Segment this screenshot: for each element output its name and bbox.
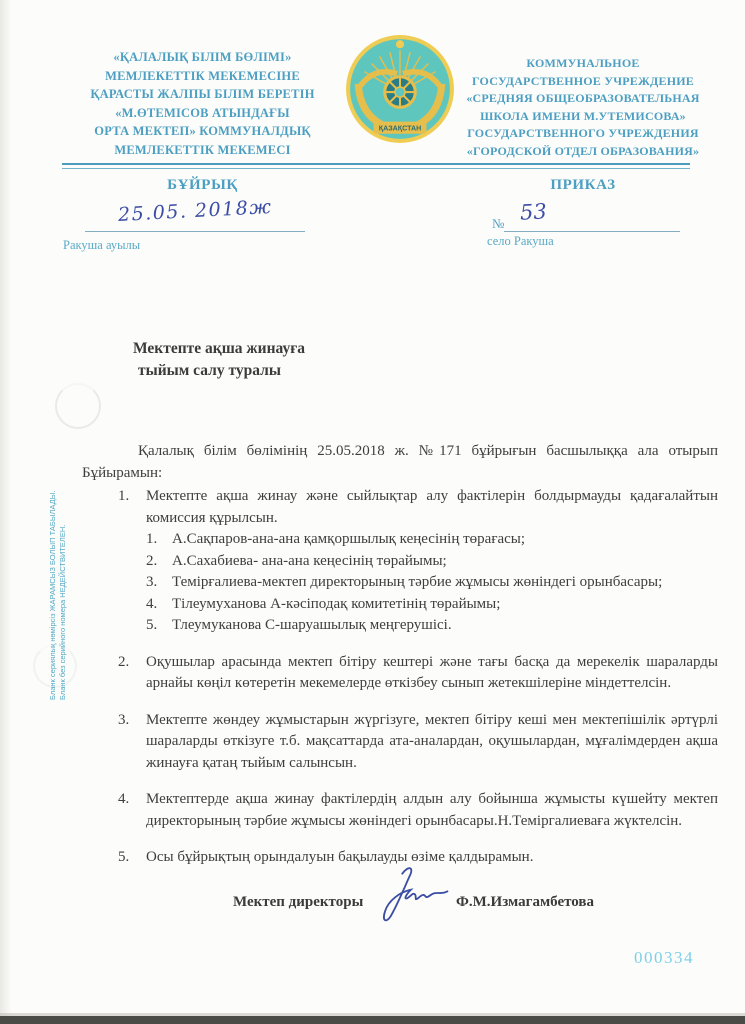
commission-member: 3. Темірғалиева-мектеп директорының тәрб… <box>146 572 718 594</box>
order-date-field: 25.05. 2018ж <box>85 200 305 232</box>
member-text: Темірғалиева-мектеп директорының тәрбие … <box>172 574 662 590</box>
member-text: А.Сақпаров-ана-ана қамқоршылық кеңесінің… <box>172 531 525 547</box>
org-line: «ҚАЛАЛЫҚ БІЛІМ БӨЛІМІ» <box>70 48 335 67</box>
org-name-russian: КОММУНАЛЬНОЕ ГОСУДАРСТВЕННОЕ УЧРЕЖДЕНИЕ … <box>452 55 714 160</box>
document-title: Мектепте ақша жинауға тыйым салу туралы <box>133 338 305 382</box>
order-items-list: 1. Мектепте ақша жинау және сыйлықтар ал… <box>82 486 718 869</box>
item-number: 4. <box>146 594 157 616</box>
commission-member: 5. Тлеумуканова С-шаруашылық меңгерушісі… <box>146 615 718 637</box>
handwritten-number: 53 <box>519 199 547 224</box>
item-number: 2. <box>146 551 157 573</box>
order-number-label: № <box>492 216 504 232</box>
kazakhstan-state-emblem-icon: ҚАЗАҚСТАН <box>344 33 456 145</box>
order-number-field: 53 <box>504 200 680 232</box>
item-number: 3. <box>146 572 157 594</box>
scanned-order-document: «ҚАЛАЛЫҚ БІЛІМ БӨЛІМІ» МЕМЛЕКЕТТІК МЕКЕМ… <box>0 0 745 1024</box>
place-name-kazakh: Ракуша ауылы <box>63 238 140 253</box>
org-line: ОРТА МЕКТЕП» КОММУНАЛДЫҚ <box>70 122 335 141</box>
org-line: КОММУНАЛЬНОЕ <box>452 55 714 73</box>
title-line: тыйым салу туралы <box>138 360 305 382</box>
commission-member: 4. Тілеумуханова А-кәсіподақ комитетінің… <box>146 594 718 616</box>
org-line: «М.ӨТЕМІСОВ АТЫНДАҒЫ <box>70 104 335 123</box>
commission-members-list: 1. А.Сақпаров-ана-ана қамқоршылық кеңесі… <box>146 529 718 637</box>
org-line: МЕМЛЕКЕТТІК МЕКЕМЕСІ <box>70 141 335 160</box>
org-name-kazakh: «ҚАЛАЛЫҚ БІЛІМ БӨЛІМІ» МЕМЛЕКЕТТІК МЕКЕМ… <box>70 48 335 159</box>
scan-left-edge-shadow <box>0 0 12 1024</box>
member-text: Тілеумуханова А-кәсіподақ комитетінің тө… <box>172 596 500 612</box>
hole-punch-mark <box>55 383 101 429</box>
emblem-banner-text: ҚАЗАҚСТАН <box>379 125 422 133</box>
handwritten-date: 25.05. 2018ж <box>117 196 272 226</box>
item-text: Оқушылар арасында мектеп бітіру кештері … <box>146 654 718 692</box>
member-text: Тлеумуканова С-шаруашылық меңгерушісі. <box>172 617 452 633</box>
item-number: 5. <box>118 847 129 869</box>
intro-paragraph: Қалалық білім бөлімінің 25.05.2018 ж. №1… <box>82 441 718 463</box>
order-body: Қалалық білім бөлімінің 25.05.2018 ж. №1… <box>82 441 718 869</box>
item-number: 2. <box>118 652 129 674</box>
org-line: «СРЕДНЯЯ ОБЩЕОБРАЗОВАТЕЛЬНАЯ <box>452 90 714 108</box>
item-number: 3. <box>118 710 129 732</box>
org-line: ҚАРАСТЫ ЖАЛПЫ БІЛІМ БЕРЕТІН <box>70 85 335 104</box>
order-item: 3. Мектепте жөндеу жұмыстарын жүргізуге,… <box>82 710 718 775</box>
blank-serial-number: 000334 <box>634 948 694 968</box>
item-text: Мектептерде ақша жинау фактілердің алдын… <box>146 791 718 829</box>
member-text: А.Сахабиева- ана-ана кеңесінің төрайымы; <box>172 553 447 569</box>
item-number: 1. <box>118 486 129 508</box>
signature-block: Мектеп директоры Ф.М.Измагамбетова <box>230 862 670 926</box>
commission-member: 2. А.Сахабиева- ана-ана кеңесінің төрайы… <box>146 551 718 573</box>
place-name-russian: село Ракуша <box>487 234 554 249</box>
item-number: 5. <box>146 615 157 637</box>
commission-member: 1. А.Сақпаров-ана-ана қамқоршылық кеңесі… <box>146 529 718 551</box>
order-heading-russian: ПРИКАЗ <box>452 177 714 194</box>
scan-bottom-edge-shadow <box>0 1016 745 1024</box>
side-note-line-kazakh: Бланк сериялық нөмірсіз ЖАРАМСЫЗ БОЛЫП Т… <box>48 465 58 700</box>
signature-handwriting-icon <box>370 862 456 924</box>
signature-role-label: Мектеп директоры <box>233 894 363 911</box>
org-line: ШКОЛА ИМЕНИ М.УТЕМИСОВА» <box>452 108 714 126</box>
side-note-line-russian: Бланк без серийного номера НЕДЕЙСТВИТЕЛЕ… <box>58 465 68 700</box>
item-text: Мектепте ақша жинау және сыйлықтар алу ф… <box>146 488 718 526</box>
org-line: ГОСУДАРСТВЕННОГО УЧРЕЖДЕНИЯ <box>452 125 714 143</box>
org-line: МЕМЛЕКЕТТІК МЕКЕМЕСІНЕ <box>70 67 335 86</box>
item-text: Мектепте жөндеу жұмыстарын жүргізуге, ме… <box>146 712 718 771</box>
blank-validity-side-note: Бланк сериялық нөмірсіз ЖАРАМСЫЗ БОЛЫП Т… <box>48 465 67 700</box>
order-item: 4. Мектептерде ақша жинау фактілердің ал… <box>82 789 718 832</box>
title-line: Мектепте ақша жинауға <box>133 338 305 360</box>
header-divider-rule <box>62 163 690 169</box>
org-line: «ГОРОДСКОЙ ОТДЕЛ ОБРАЗОВАНИЯ» <box>452 143 714 161</box>
item-number: 1. <box>146 529 157 551</box>
order-item: 1. Мектепте ақша жинау және сыйлықтар ал… <box>82 486 718 637</box>
order-item: 2. Оқушылар арасында мектеп бітіру кеште… <box>82 652 718 695</box>
resolve-word: Бұйырамын: <box>82 463 718 485</box>
signer-name: Ф.М.Измагамбетова <box>456 894 594 911</box>
org-line: ГОСУДАРСТВЕННОЕ УЧРЕЖДЕНИЕ <box>452 73 714 91</box>
item-number: 4. <box>118 789 129 811</box>
order-heading-kazakh: БҰЙРЫҚ <box>70 177 335 194</box>
